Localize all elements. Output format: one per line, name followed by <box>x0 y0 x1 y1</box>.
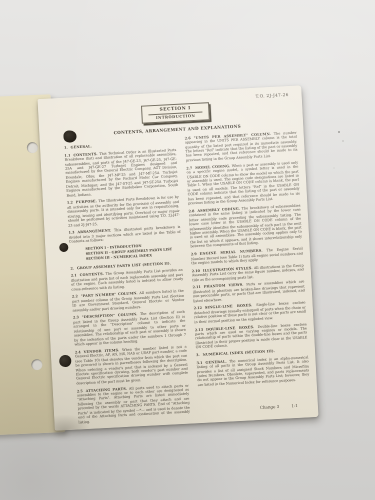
paragraph-2-3: 2.3"DESCRIPTION" COLUMN. The description… <box>73 310 186 347</box>
punch-hole-icon <box>27 142 38 153</box>
paragraph-1-3: 1.3ARRANGEMENT. This illustrated parts b… <box>68 225 181 244</box>
paragraph-body: This illustrated parts breakdown is divi… <box>69 225 181 244</box>
technical-order-number: T.O. 2J-J47-26 <box>255 92 288 99</box>
paragraph-body: Parts or assemblies which are illustrate… <box>193 280 305 303</box>
dust-speck <box>338 131 340 133</box>
section-box: SECTION I INTRODUCTION <box>141 102 210 124</box>
paragraph-2-13: 2.13DOUBLE-LINE BOXES. Double-line boxes… <box>195 322 308 350</box>
paragraph-2-6: 2.6"UNITS PER ASSEMBLY" COLUMN. The numb… <box>185 130 298 162</box>
right-column: 2.6"UNITS PER ASSEMBLY" COLUMN. The numb… <box>185 130 312 421</box>
paragraph-3-1: 3.1GENERAL. The numerical index is an al… <box>196 355 309 387</box>
paragraph-2-2: 2.2"PART NUMBER" COLUMN. All numbers lis… <box>72 289 185 313</box>
paragraph-1-1: 1.1CONTENTS. This Technical Order is an … <box>64 148 178 198</box>
paragraph-2-1: 2.1CONTENTS. The Group Assembly Parts Li… <box>71 268 184 292</box>
paragraph-2-8: 2.8ASSEMBLY CODING. The breakdown of sub… <box>188 203 302 249</box>
photo-scene: T.O. 2J-J47-26 SECTION I INTRODUCTION CO… <box>0 0 375 500</box>
paragraph-2-7: 2.7MODEL CODING. When a part or assembly… <box>186 160 300 206</box>
paragraph-2-9: 2.9ENGINE SERIAL NUMBERS. The Engine Ser… <box>191 247 304 266</box>
page-number: 1-1 <box>291 403 298 408</box>
paragraph-heading: GENERAL. <box>71 145 93 150</box>
paragraph-2-12: 2.12SINGLE-LINE BOXES. Single-line boxes… <box>194 301 307 325</box>
paragraph-2-11: 2.11PHANTOM VIEWS. Parts or assemblies w… <box>192 280 305 304</box>
paragraph-body: The Group Assembly Parts List provides a… <box>71 268 183 291</box>
change-label: Change 3 <box>260 404 280 410</box>
text-columns: 1.GENERAL.1.1CONTENTS. This Technical Or… <box>40 125 319 429</box>
table-of-contents-lines: SECTION I - INTRODUCTIONSECTION II - GRO… <box>85 242 182 262</box>
left-column: 1.GENERAL.1.1CONTENTS. This Technical Or… <box>64 137 191 428</box>
paragraph-1-2: 1.2PURPOSE. The Illustrated Parts Breakd… <box>67 195 180 227</box>
punch-hole-icon <box>31 359 42 370</box>
page-corner-shadow <box>54 408 107 431</box>
paragraph-2-10: 2.10ILLUSTRATION STYLES. All illustratio… <box>192 263 305 282</box>
paragraph-heading: NUMERICAL INDEX (SECTION III). <box>203 349 276 357</box>
document-page: T.O. 2J-J47-26 SECTION I INTRODUCTION CO… <box>37 85 318 430</box>
paragraph-2-4: 2.4VENDOR ITEMS. When the number listed … <box>75 344 189 385</box>
